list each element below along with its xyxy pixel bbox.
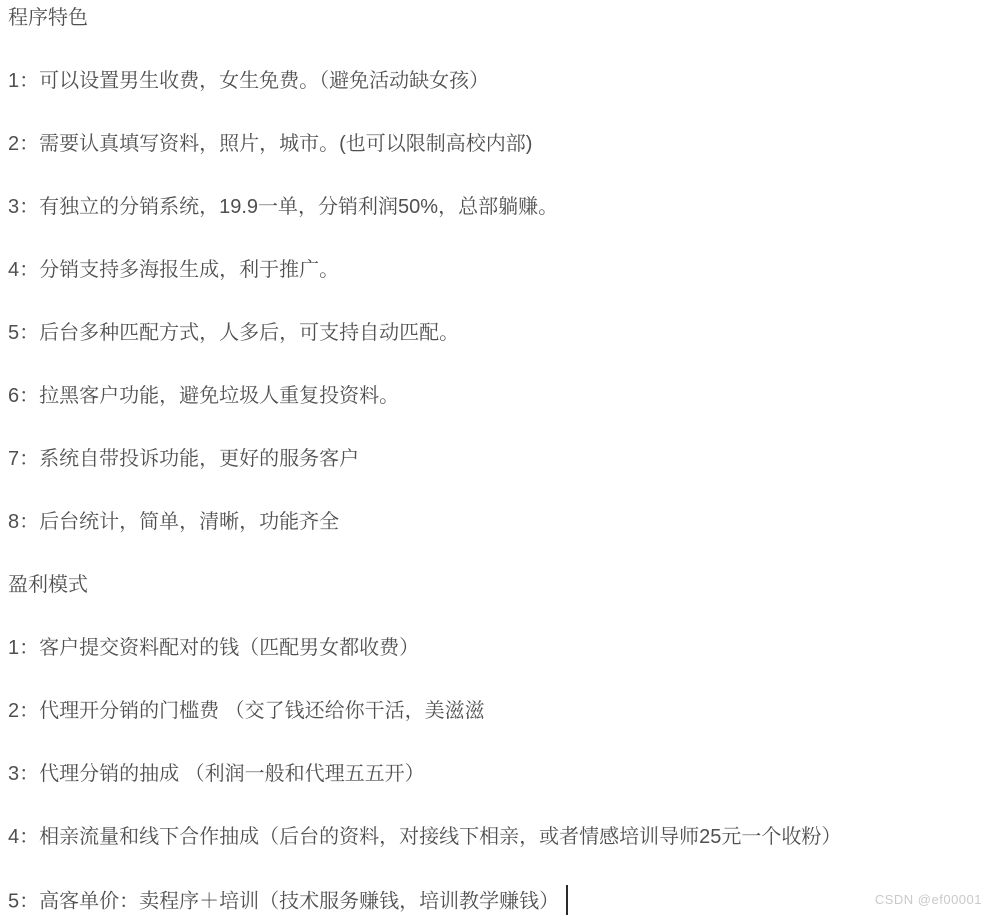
list-item-text: 7：系统自带投诉功能，更好的服务客户 (8, 448, 359, 470)
list-item: 2：需要认真填写资料，照片，城市。(也可以限制高校内部) (8, 131, 982, 158)
list-item-text: 4：相亲流量和线下合作抽成（后台的资料，对接线下相亲，或者情感培训导师25元一个… (8, 826, 841, 848)
list-item: 4：相亲流量和线下合作抽成（后台的资料，对接线下相亲，或者情感培训导师25元一个… (8, 824, 982, 851)
list-item: 2：代理开分销的门槛费 （交了钱还给你干活，美滋滋 (8, 698, 982, 725)
heading-text: 盈利模式 (8, 574, 88, 596)
list-item-text: 3：有独立的分销系统，19.9一单，分销利润50%，总部躺赚。 (8, 196, 558, 218)
heading-text: 程序特色 (8, 7, 88, 29)
list-item: 7：系统自带投诉功能，更好的服务客户 (8, 446, 982, 473)
article-content: 程序特色 1：可以设置男生收费，女生免费。（避免活动缺女孩） 2：需要认真填写资… (0, 0, 990, 917)
list-item: 8：后台统计，简单，清晰，功能齐全 (8, 509, 982, 536)
list-item-text: 6：拉黑客户功能，避免垃圾人重复投资料。 (8, 385, 399, 407)
list-item-text: 5：高客单价：卖程序＋培训（技术服务赚钱，培训教学赚钱） (8, 890, 559, 912)
list-item: 6：拉黑客户功能，避免垃圾人重复投资料。 (8, 383, 982, 410)
list-item-text: 4：分销支持多海报生成，利于推广。 (8, 259, 339, 281)
list-item-text: 1：可以设置男生收费，女生免费。（避免活动缺女孩） (8, 70, 489, 92)
list-item: 4：分销支持多海报生成，利于推广。 (8, 257, 982, 284)
list-item-text: 1：客户提交资料配对的钱（匹配男女都收费） (8, 637, 419, 659)
list-item-text: 2：需要认真填写资料，照片，城市。(也可以限制高校内部) (8, 133, 532, 155)
text-caret[interactable] (566, 885, 568, 915)
list-item: 5：高客单价：卖程序＋培训（技术服务赚钱，培训教学赚钱） (8, 887, 982, 917)
list-item-text: 2：代理开分销的门槛费 （交了钱还给你干活，美滋滋 (8, 700, 485, 722)
section-heading-profit: 盈利模式 (8, 572, 982, 599)
section-heading-features: 程序特色 (8, 5, 982, 32)
list-item-text: 5：后台多种匹配方式，人多后，可支持自动匹配。 (8, 322, 459, 344)
list-item-text: 3：代理分销的抽成 （利润一般和代理五五开） (8, 763, 425, 785)
list-item: 1：可以设置男生收费，女生免费。（避免活动缺女孩） (8, 68, 982, 95)
list-item: 1：客户提交资料配对的钱（匹配男女都收费） (8, 635, 982, 662)
list-item-text: 8：后台统计，简单，清晰，功能齐全 (8, 511, 339, 533)
list-item: 3：有独立的分销系统，19.9一单，分销利润50%，总部躺赚。 (8, 194, 982, 221)
list-item: 3：代理分销的抽成 （利润一般和代理五五开） (8, 761, 982, 788)
watermark: CSDN @ef00001 (875, 892, 982, 907)
list-item: 5：后台多种匹配方式，人多后，可支持自动匹配。 (8, 320, 982, 347)
